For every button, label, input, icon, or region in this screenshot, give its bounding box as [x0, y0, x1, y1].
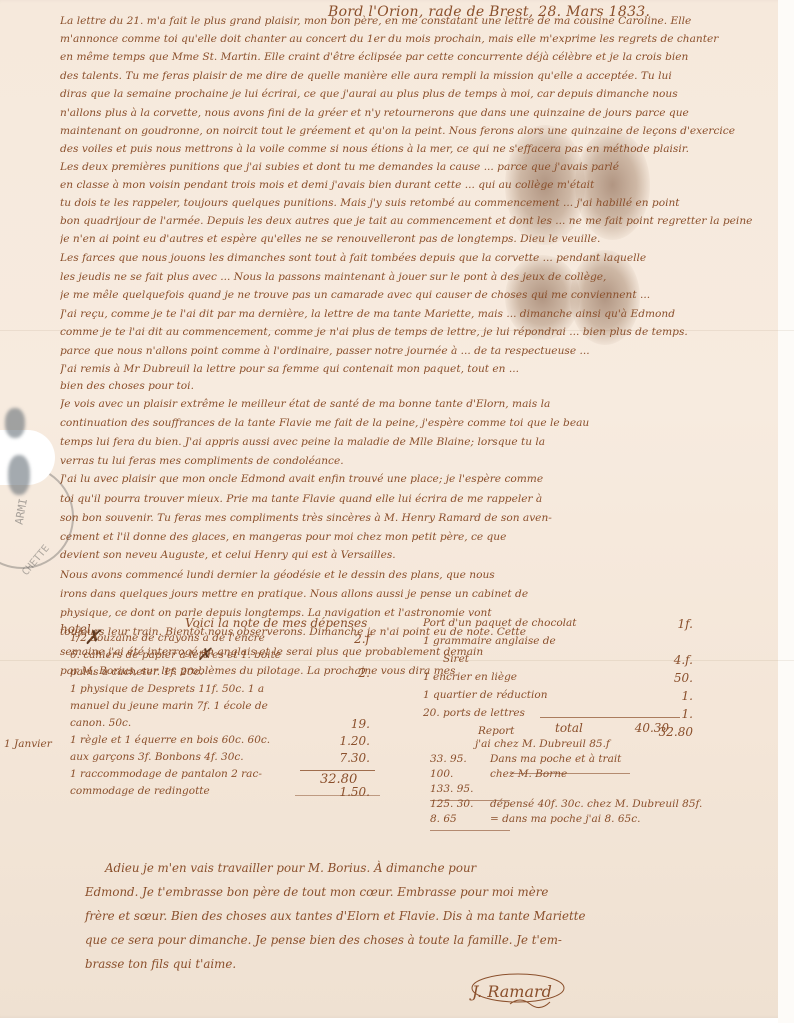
expense-amount: 50.	[674, 671, 693, 685]
expense-amount: 4.f.	[674, 653, 693, 667]
cash-note: Dans ma poche et à trait	[490, 753, 621, 765]
expense-label: 1 quartier de réduction	[423, 689, 547, 701]
closing-line: que ce sera pour dimanche. Je pense bien…	[85, 928, 765, 952]
total-amount: 40.30	[635, 721, 669, 735]
cash-row: 133. 95.	[430, 783, 770, 798]
cash-note: j'ai chez M. Dubreuil 85.f	[475, 738, 610, 750]
letter-line: verras tu lui feras mes compliments de c…	[60, 452, 775, 470]
expense-left-total: 32.80	[320, 772, 357, 787]
cash-row: 33. 95.Dans ma poche et à trait	[430, 753, 770, 768]
letter-line: irons dans quelques jours mettre en prat…	[60, 585, 775, 603]
letter-line: m'annonce comme toi qu'elle doit chanter…	[60, 30, 775, 48]
expense-row: 1 grammaire anglaise de	[423, 635, 693, 653]
expense-label: 1 raccommodage de pantalon 2 rac-	[70, 768, 262, 780]
cash-row: 100.chez M. Borne	[430, 768, 770, 783]
letter-line: parce que nous n'allons point comme à l'…	[60, 342, 775, 360]
expense-row: 1/2 douzaine de crayons à de l'encre2.f	[70, 632, 370, 649]
cash-value: 33. 95.	[430, 753, 490, 765]
expense-amount: 2.f	[354, 632, 370, 646]
cash-value: 133. 95.	[430, 783, 490, 795]
expense-row: 1 règle et 1 équerre en bois 60c. 60c.1.…	[70, 734, 370, 751]
cash-accounting: j'ai chez M. Dubreuil 85.f33. 95.Dans ma…	[430, 738, 770, 828]
expense-label: 1 grammaire anglaise de	[423, 635, 556, 647]
signature: J. Ramard	[472, 982, 552, 1001]
letter-line: J'ai reçu, comme je te l'ai dit par ma d…	[60, 305, 775, 323]
letter-line: Nous avons commencé lundi dernier la géo…	[60, 566, 775, 584]
letter-line: Je vois avec un plaisir extrême le meill…	[60, 395, 775, 413]
expense-amount: 1.	[682, 689, 693, 703]
expense-row: pains à cacheter. 1f. 20c.2.	[70, 666, 370, 683]
underline	[295, 795, 380, 796]
letter-line: tu dois te les rappeler, toujours quelqu…	[60, 194, 775, 212]
letter-line: Les farces que nous jouons les dimanches…	[60, 249, 775, 267]
letter-line: son bon souvenir. Tu feras mes complimen…	[60, 509, 775, 527]
letter-line: Les deux premières punitions que j'ai su…	[60, 158, 775, 176]
closing-line: brasse ton fils qui t'aime.	[85, 952, 765, 976]
expense-row: Siret4.f.	[423, 653, 693, 671]
expense-label: Port d'un paquet de chocolat	[423, 617, 577, 629]
letter-line: en classe à mon voisin pendant trois moi…	[60, 176, 775, 194]
letter-line: n'allons plus à la corvette, nous avons …	[60, 104, 775, 122]
expense-label: 1 règle et 1 équerre en bois 60c. 60c.	[70, 734, 270, 746]
letter-line: maintenant on goudronne, on noircit tout…	[60, 122, 775, 140]
letter-line: bon quadrijour de l'armée. Depuis les de…	[60, 212, 775, 230]
expense-label: 6. cahiers de papier à lettres et 1. boi…	[70, 649, 281, 661]
expense-label: Report	[478, 725, 514, 737]
expense-label: pains à cacheter. 1f. 20c.	[70, 666, 203, 678]
letter-line: cement et l'il donne des glaces, en mang…	[60, 528, 775, 546]
letter-line: J'ai remis à Mr Dubreuil la lettre pour …	[60, 360, 775, 378]
expense-row: Port d'un paquet de chocolat1f.	[423, 617, 693, 635]
expense-row: 1 quartier de réduction1.	[423, 689, 693, 707]
expense-label: commodage de redingotte	[70, 785, 210, 797]
cash-note: = dans ma poche j'ai 8. 65c.	[490, 813, 640, 825]
expense-label: canon. 50c.	[70, 717, 131, 729]
expense-amount: 7.30.	[339, 751, 370, 765]
cash-value: 8. 65	[430, 813, 490, 825]
sum-line	[430, 800, 510, 801]
letter-line: les jeudis ne se fait plus avec ... Nous…	[60, 268, 775, 286]
sum-line	[430, 830, 510, 831]
letter-line: La lettre du 21. m'a fait le plus grand …	[60, 12, 775, 30]
seal-residue	[8, 455, 30, 495]
letter-line: continuation des souffrances de la tante…	[60, 414, 775, 432]
letter-line: J'ai lu avec plaisir que mon oncle Edmon…	[60, 470, 775, 488]
letter-line: des talents. Tu me feras plaisir de me d…	[60, 67, 775, 85]
expense-amount: 1f.	[678, 617, 693, 631]
expense-amount: 1.20.	[339, 734, 370, 748]
cash-note: dépensé 40f. 30c. chez M. Dubreuil 85f.	[490, 798, 702, 810]
expense-label: aux garçons 3f. Bonbons 4f. 30c.	[70, 751, 244, 763]
letter-line: en même temps que Mme St. Martin. Elle c…	[60, 48, 775, 66]
expense-row: 1 physique de Desprets 11f. 50c. 1 a	[70, 683, 370, 700]
letter-line: des voiles et puis nous mettrons à la vo…	[60, 140, 775, 158]
cash-value: 100.	[430, 768, 490, 780]
expense-label: 20. ports de lettres	[423, 707, 525, 719]
expense-row: 6. cahiers de papier à lettres et 1. boi…	[70, 649, 370, 666]
closing-line: Edmond. Je t'embrasse bon père de tout m…	[85, 880, 765, 904]
expense-label: 1 encrier en liège	[423, 671, 517, 683]
letter-line: comme je te l'ai dit au commencement, co…	[60, 323, 775, 341]
expense-row: manuel du jeune marin 7f. 1 école de	[70, 700, 370, 717]
margin-note: 1 Janvier	[4, 738, 52, 750]
sum-line	[540, 717, 680, 718]
sum-line	[300, 770, 375, 771]
expense-heading: Voici la note de mes dépenses	[185, 616, 367, 630]
expense-row: aux garçons 3f. Bonbons 4f. 30c.7.30.	[70, 751, 370, 768]
expense-amount: 1.50.	[339, 785, 370, 799]
letter-line: diras que la semaine prochaine je lui éc…	[60, 85, 775, 103]
cash-note: chez M. Borne	[490, 768, 567, 780]
expense-amount: 1.	[682, 707, 693, 721]
expense-amount: 2.	[359, 666, 370, 680]
expense-label: manuel du jeune marin 7f. 1 école de	[70, 700, 268, 712]
expense-label: 1 physique de Desprets 11f. 50c. 1 a	[70, 683, 264, 695]
expense-label: Siret	[443, 653, 469, 665]
letter-line: bien des choses pour toi.	[60, 377, 775, 395]
underline	[510, 773, 630, 774]
expense-row: 1 encrier en liège50.	[423, 671, 693, 689]
total-label: total	[555, 721, 583, 735]
expense-right-total: total 40.30	[555, 721, 669, 735]
cash-row: 8. 65= dans ma poche j'ai 8. 65c.	[430, 813, 770, 828]
letter-line: toi qu'il pourra trouver mieux. Prie ma …	[60, 490, 775, 508]
expense-amount: 19.	[351, 717, 370, 731]
expense-row: commodage de redingotte1.50.	[70, 785, 370, 802]
cash-row: j'ai chez M. Dubreuil 85.f	[430, 738, 770, 753]
letter-line: temps lui fera du bien. J'ai appris auss…	[60, 433, 775, 451]
letter-line: je me mêle quelquefois quand je ne trouv…	[60, 286, 775, 304]
letter-line: devient son neveu Auguste, et celui Henr…	[60, 546, 775, 564]
seal-residue	[5, 408, 25, 438]
letter-line: je n'en ai point eu d'autres et espère q…	[60, 230, 775, 248]
closing-line: Adieu je m'en vais travailler pour M. Bo…	[105, 856, 785, 880]
expense-label: 1/2 douzaine de crayons à de l'encre	[70, 632, 265, 644]
expense-row: canon. 50c.19.	[70, 717, 370, 734]
closing-line: frère et sœur. Bien des choses aux tante…	[85, 904, 765, 928]
